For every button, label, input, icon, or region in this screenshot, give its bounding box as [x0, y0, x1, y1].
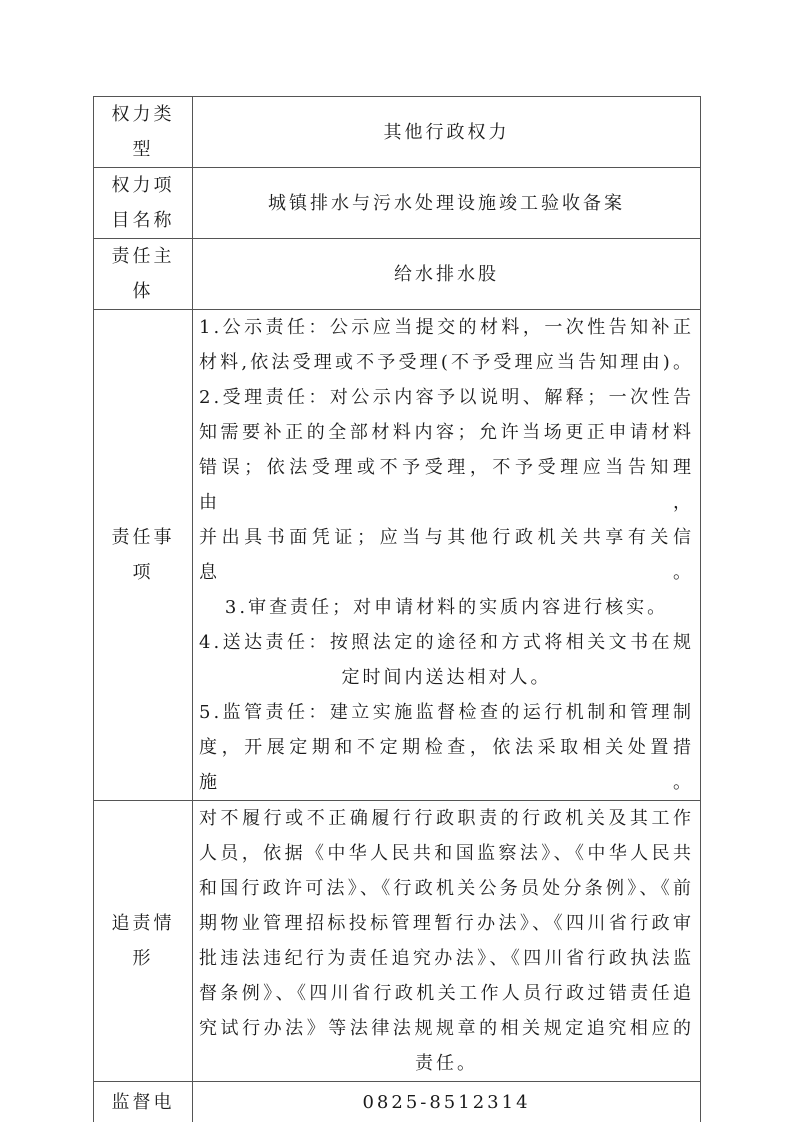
- text-line: 定时间内送达相对人。: [199, 660, 694, 695]
- text-line: 责任。: [199, 1046, 694, 1081]
- label-line: 形: [94, 941, 192, 976]
- responsibility-items-value: 1.公示责任：公示应当提交的材料，一次性告知补正 材料,依法受理或不予受理(不予…: [193, 310, 701, 801]
- text-line: 督条例》、《四川省行政机关工作人员行政过错责任追: [199, 976, 694, 1011]
- supervision-phone-value: 0825-8512314: [193, 1082, 701, 1122]
- label-line: 监督电: [94, 1085, 192, 1120]
- label-line: 型: [94, 132, 192, 167]
- label-line: 项: [94, 555, 192, 590]
- text-line: 批违法违纪行为责任追究办法》、《四川省行政执法监: [199, 941, 694, 976]
- row-label: 责任事 项: [94, 310, 193, 801]
- text-line: 4.送达责任：按照法定的途径和方式将相关文书在规: [199, 625, 694, 660]
- text-line: 对不履行或不正确履行行政职责的行政机关及其工作: [199, 801, 694, 836]
- text-line: 度，开展定期和不定期检查，依法采取相关处置措施。: [199, 730, 694, 800]
- label-line: 体: [94, 274, 192, 309]
- table-row-responsible-subject: 责任主 体 给水排水股: [94, 239, 701, 310]
- text-line: 知需要补正的全部材料内容；允许当场更正申请材料: [199, 415, 694, 450]
- label-line: 责任事: [94, 520, 192, 555]
- document-page: 权力类 型 其他行政权力 权力项 目名称 城镇排水与污水处理设施竣工验收备案 责…: [0, 0, 793, 1122]
- responsibility-table: 权力类 型 其他行政权力 权力项 目名称 城镇排水与污水处理设施竣工验收备案 责…: [93, 96, 701, 1122]
- row-label: 监督电: [94, 1082, 193, 1122]
- label-line: 权力类: [94, 97, 192, 132]
- row-label: 追责情 形: [94, 801, 193, 1082]
- row-label: 权力类 型: [94, 97, 193, 168]
- text-line: 1.公示责任：公示应当提交的材料，一次性告知补正: [199, 310, 694, 345]
- label-line: 追责情: [94, 906, 192, 941]
- accountability-situations-value: 对不履行或不正确履行行政职责的行政机关及其工作 人员，依据《中华人民共和国监察法…: [193, 801, 701, 1082]
- table-row-responsibility-items: 责任事 项 1.公示责任：公示应当提交的材料，一次性告知补正 材料,依法受理或不…: [94, 310, 701, 801]
- table-row-accountability-situations: 追责情 形 对不履行或不正确履行行政职责的行政机关及其工作 人员，依据《中华人民…: [94, 801, 701, 1082]
- text-line: 5.监管责任：建立实施监督检查的运行机制和管理制: [199, 695, 694, 730]
- text-line: 材料,依法受理或不予受理(不予受理应当告知理由)。: [199, 345, 694, 380]
- text-line: 人员，依据《中华人民共和国监察法》、《中华人民共: [199, 836, 694, 871]
- row-label: 权力项 目名称: [94, 168, 193, 239]
- power-item-name-value: 城镇排水与污水处理设施竣工验收备案: [193, 168, 701, 239]
- text-line: 3.审查责任；对申请材料的实质内容进行核实。: [199, 590, 694, 625]
- text-line: 究试行办法》等法律法规规章的相关规定追究相应的: [199, 1011, 694, 1046]
- power-type-value: 其他行政权力: [193, 97, 701, 168]
- table-row-power-item-name: 权力项 目名称 城镇排水与污水处理设施竣工验收备案: [94, 168, 701, 239]
- label-line: 责任主: [94, 239, 192, 274]
- label-line: 权力项: [94, 168, 192, 203]
- text-line: 和国行政许可法》、《行政机关公务员处分条例》、《前: [199, 871, 694, 906]
- text-line: 并出具书面凭证；应当与其他行政机关共享有关信息。: [199, 520, 694, 590]
- text-line: 错误；依法受理或不予受理，不予受理应当告知理由，: [199, 450, 694, 520]
- responsible-subject-value: 给水排水股: [193, 239, 701, 310]
- text-line: 2.受理责任：对公示内容予以说明、解释；一次性告: [199, 380, 694, 415]
- table-row-power-type: 权力类 型 其他行政权力: [94, 97, 701, 168]
- row-label: 责任主 体: [94, 239, 193, 310]
- label-line: 目名称: [94, 203, 192, 238]
- table-row-supervision-phone: 监督电 0825-8512314: [94, 1082, 701, 1122]
- text-line: 期物业管理招标投标管理暂行办法》、《四川省行政审: [199, 906, 694, 941]
